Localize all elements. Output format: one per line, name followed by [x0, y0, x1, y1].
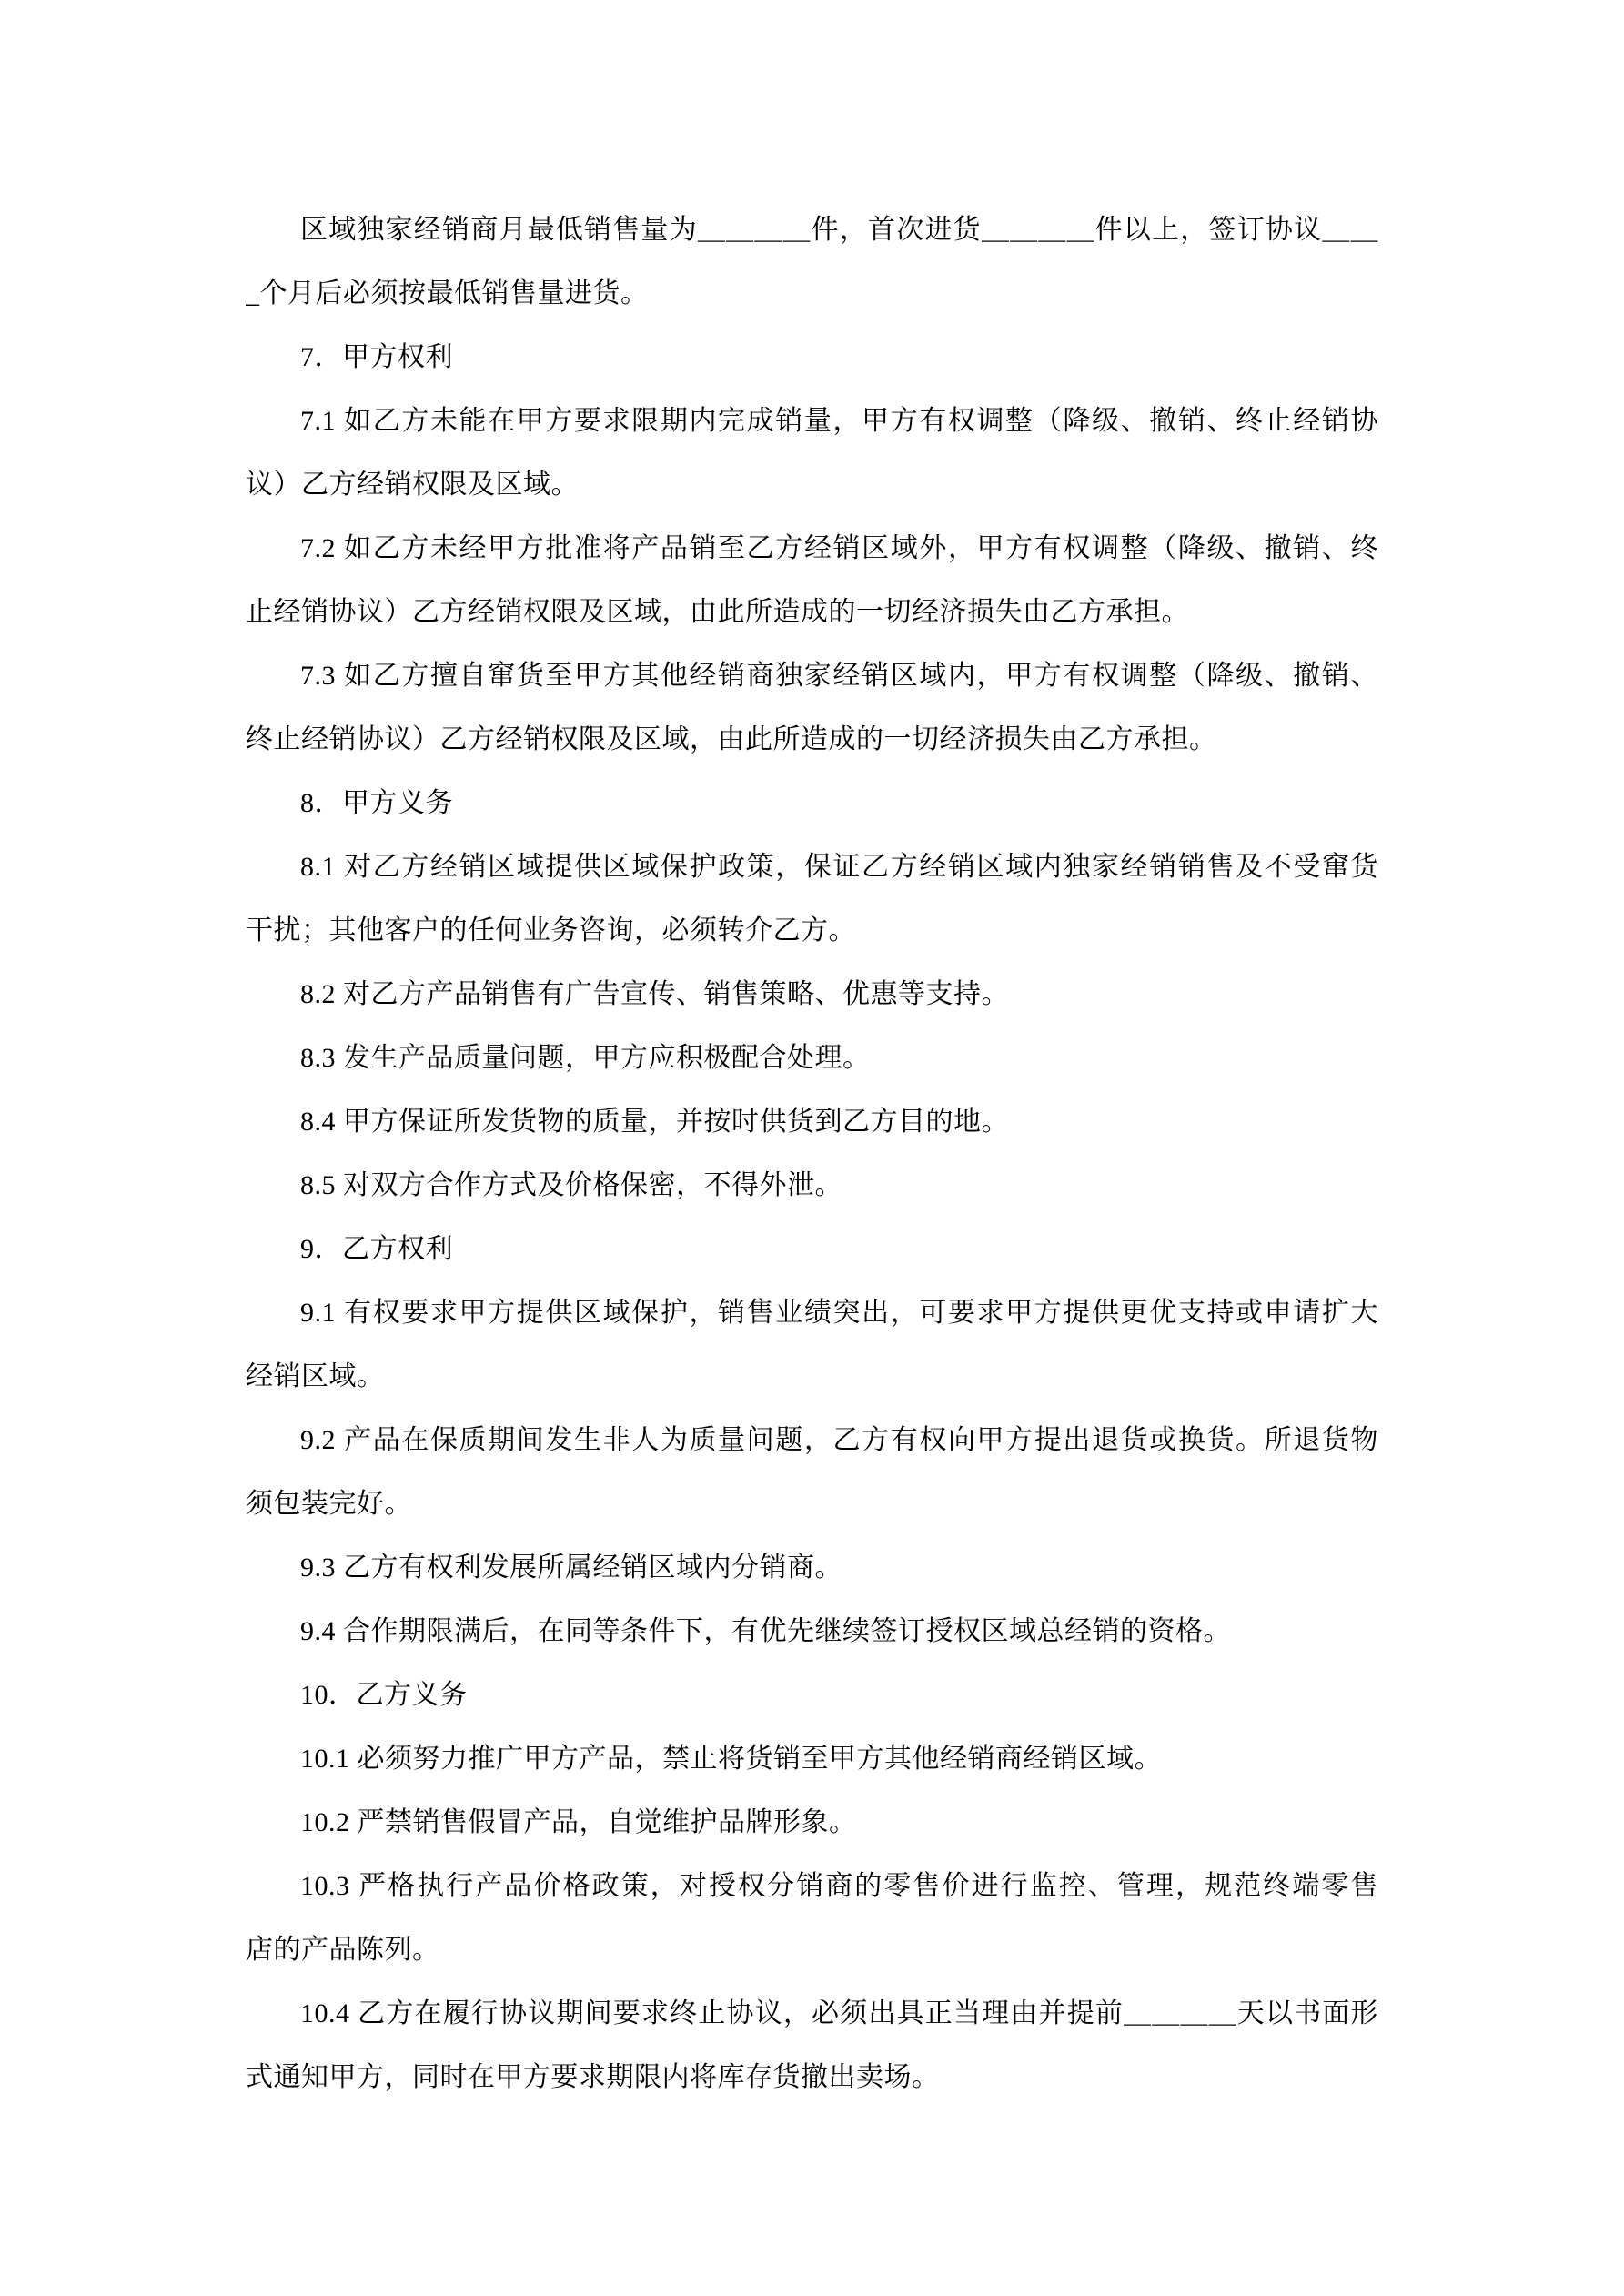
document-line: 9.1 有权要求甲方提供区域保护，销售业绩突出，可要求甲方提供更优支持或申请扩大	[246, 1281, 1378, 1345]
document-line: 10.3 严格执行产品价格政策，对授权分销商的零售价进行监控、管理，规范终端零售	[246, 1855, 1378, 1918]
document-page: 区域独家经销商月最低销售量为＿＿＿＿件，首次进货＿＿＿＿件以上，签订协议＿＿＿_…	[0, 0, 1624, 2296]
document-line: 干扰；其他客户的任何业务咨询，必须转介乙方。	[246, 899, 1378, 963]
document-line: 10．乙方义务	[246, 1664, 1378, 1727]
contract-body: 区域独家经销商月最低销售量为＿＿＿＿件，首次进货＿＿＿＿件以上，签订协议＿＿＿_…	[246, 198, 1378, 2109]
document-line: 9.2 产品在保质期间发生非人为质量问题，乙方有权向甲方提出退货或换货。所退货物	[246, 1409, 1378, 1472]
document-line: 10.4 乙方在履行协议期间要求终止协议，必须出具正当理由并提前＿＿＿＿天以书面…	[246, 1982, 1378, 2046]
document-line: 8.2 对乙方产品销售有广告宣传、销售策略、优惠等支持。	[246, 963, 1378, 1027]
document-line: 7.3 如乙方擅自窜货至甲方其他经销商独家经销区域内，甲方有权调整（降级、撤销、	[246, 644, 1378, 708]
document-line: 8.3 发生产品质量问题，甲方应积极配合处理。	[246, 1027, 1378, 1090]
document-line: 8．甲方义务	[246, 772, 1378, 835]
document-line: 区域独家经销商月最低销售量为＿＿＿＿件，首次进货＿＿＿＿件以上，签订协议＿＿＿	[246, 198, 1378, 262]
document-line: 9.4 合作期限满后，在同等条件下，有优先继续签订授权区域总经销的资格。	[246, 1600, 1378, 1664]
document-line: 10.2 严禁销售假冒产品，自觉维护品牌形象。	[246, 1791, 1378, 1855]
document-line: 10.1 必须努力推广甲方产品，禁止将货销至甲方其他经销商经销区域。	[246, 1727, 1378, 1791]
document-line: 经销区域。	[246, 1345, 1378, 1409]
document-line: 8.4 甲方保证所发货物的质量，并按时供货到乙方目的地。	[246, 1090, 1378, 1154]
document-line: 止经销协议）乙方经销权限及区域，由此所造成的一切经济损失由乙方承担。	[246, 581, 1378, 644]
document-line: 式通知甲方，同时在甲方要求期限内将库存货撤出卖场。	[246, 2046, 1378, 2109]
document-line: 7.2 如乙方未经甲方批准将产品销至乙方经销区域外，甲方有权调整（降级、撤销、终	[246, 517, 1378, 581]
document-line: 须包装完好。	[246, 1472, 1378, 1536]
document-line: 7．甲方权利	[246, 326, 1378, 389]
document-line: _个月后必须按最低销售量进货。	[246, 262, 1378, 326]
document-line: 议）乙方经销权限及区域。	[246, 453, 1378, 517]
document-line: 8.5 对双方合作方式及价格保密，不得外泄。	[246, 1154, 1378, 1218]
document-line: 7.1 如乙方未能在甲方要求限期内完成销量，甲方有权调整（降级、撤销、终止经销协	[246, 389, 1378, 453]
document-line: 8.1 对乙方经销区域提供区域保护政策，保证乙方经销区域内独家经销销售及不受窜货	[246, 835, 1378, 899]
document-line: 9.3 乙方有权利发展所属经销区域内分销商。	[246, 1536, 1378, 1600]
document-line: 终止经销协议）乙方经销权限及区域，由此所造成的一切经济损失由乙方承担。	[246, 708, 1378, 772]
document-line: 店的产品陈列。	[246, 1918, 1378, 1982]
document-line: 9．乙方权利	[246, 1218, 1378, 1281]
